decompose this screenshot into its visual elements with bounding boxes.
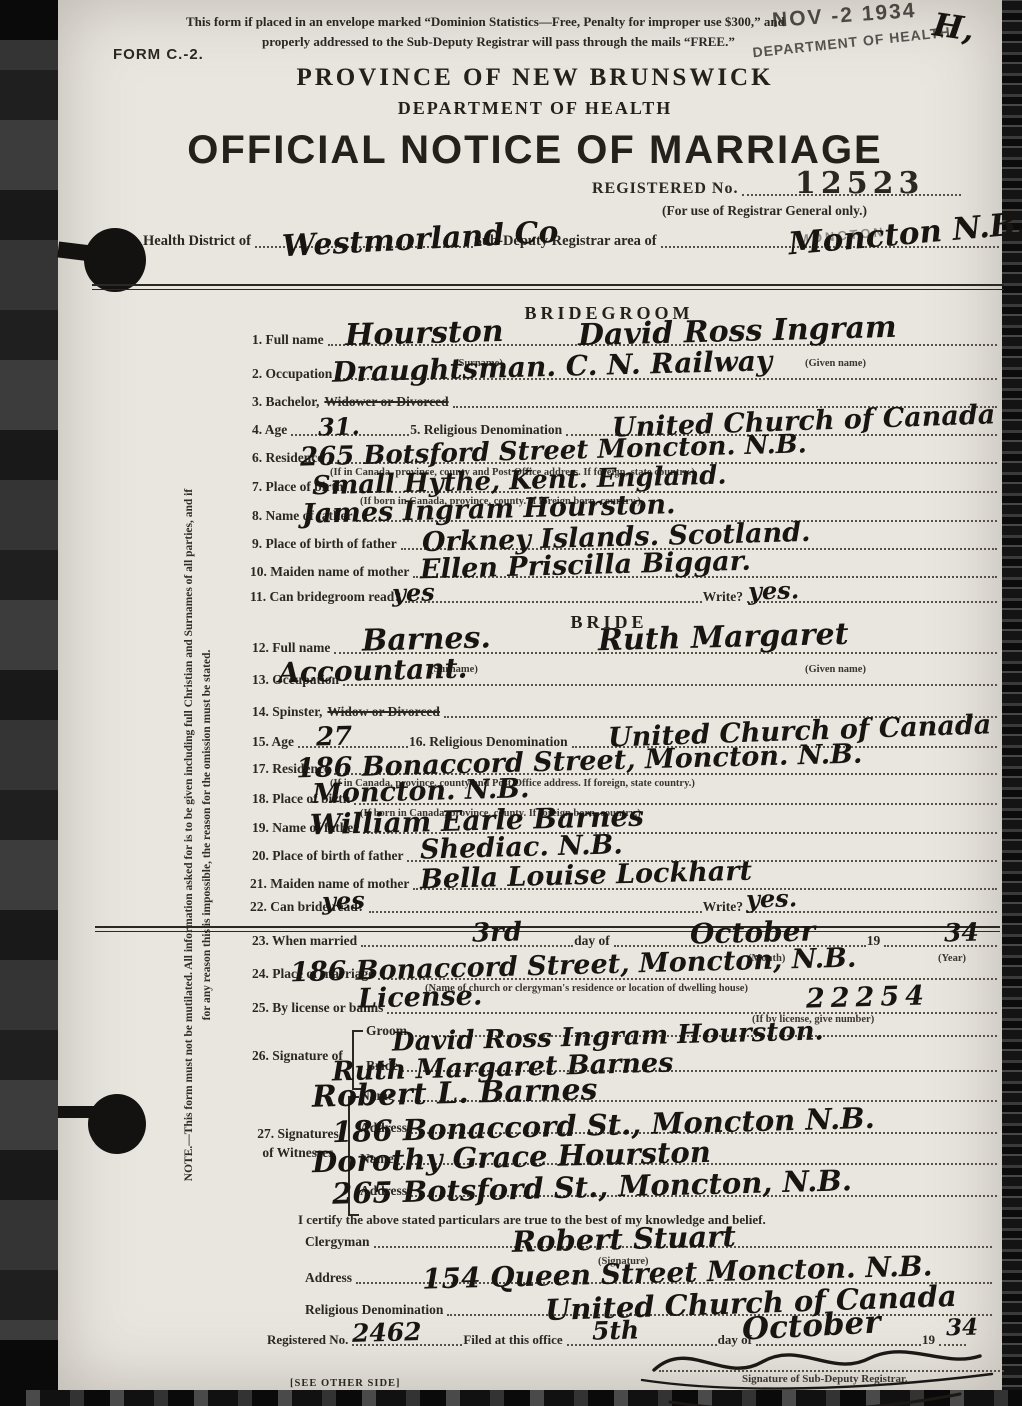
filing-registered-no-value: 2462 (352, 1317, 422, 1348)
bride-can-write-value: yes. (746, 883, 798, 913)
groom-age-value: 31. (318, 411, 361, 441)
sub-deputy-signature-caption: Signature of Sub-Deputy Registrar. (742, 1373, 908, 1385)
scan-edge-left (0, 0, 58, 1406)
groom-occupation-label: 2. Occupation (252, 366, 332, 383)
clergyman-denomination-label: Religious Denomination (305, 1302, 443, 1319)
bride-age-value: 27 (316, 722, 353, 753)
mailing-note-line1: This form if placed in an envelope marke… (186, 14, 785, 30)
department-heading: DEPARTMENT OF HEALTH (60, 98, 1010, 119)
groom-mother-label: 10. Maiden name of mother (250, 564, 409, 581)
couple-signature-label: 26. Signature of (252, 1048, 343, 1064)
when-married-year-line (884, 943, 997, 947)
form-number: FORM C.-2. (113, 46, 204, 63)
clergyman-label: Clergyman (305, 1234, 370, 1251)
bride-can-read-value: yes (322, 885, 365, 915)
margin-annotation: H, (931, 5, 977, 48)
registered-no-label: REGISTERED No. (592, 180, 738, 199)
registered-no-stamp: 12523 (795, 166, 924, 201)
bride-can-read-line (369, 909, 702, 913)
bride-father-birthplace-label: 20. Place of birth of father (252, 848, 403, 865)
groom-status-struck-options: Widower or Divorced (324, 394, 448, 411)
bride-status-struck-options: Widow or Divorced (327, 704, 440, 721)
province-heading: PROVINCE OF NEW BRUNSWICK (60, 64, 1010, 92)
see-other-side-note: [SEE OTHER SIDE] (290, 1378, 401, 1389)
bride-age-line (298, 744, 408, 748)
filing-registered-no-label: Registered No. (267, 1332, 348, 1349)
mailing-note-line2: properly addressed to the Sub-Deputy Reg… (262, 34, 735, 50)
marriage-year-value: 34 (944, 918, 980, 948)
marriage-section-divider (95, 926, 1000, 932)
groom-can-write-value: yes. (748, 575, 800, 605)
license-value: License. (358, 980, 483, 1014)
groom-can-read-value: yes (392, 577, 435, 607)
groom-father-birthplace-label: 9. Place of birth of father (252, 536, 397, 553)
groom-age-label: 4. Age (252, 422, 287, 439)
hole-punch-bottom (88, 1094, 146, 1154)
clergyman-address-label: Address (305, 1270, 352, 1287)
bride-status-label: 14. Spinster, (252, 704, 322, 721)
license-number-value: 22254 (806, 980, 931, 1014)
bride-given-name-value: Ruth Margaret (598, 617, 849, 659)
groom-surname-value: Hourston (345, 314, 504, 353)
when-married-label: 23. When married (252, 933, 357, 950)
marriage-day-value: 3rd (472, 917, 523, 948)
groom-status-label: 3. Bachelor, (252, 394, 319, 411)
groom-full-name-label: 1. Full name (252, 332, 324, 349)
when-married-day-line (361, 943, 573, 947)
bride-age-label: 15. Age (252, 734, 294, 751)
sub-deputy-signature-line (659, 1368, 1004, 1372)
year-prefix: 19 (867, 933, 881, 950)
health-district-label: Health District of (143, 233, 251, 251)
groom-can-read-label: 11. Can bridegroom read? (250, 589, 401, 606)
groom-can-write-label: Write? (703, 589, 743, 606)
clergyman-signature-value: Robert Stuart (512, 1219, 737, 1259)
bride-can-write-label: Write? (703, 899, 743, 916)
filed-at-office-label: Filed at this office (463, 1332, 562, 1349)
hole-punch-bottom-stem (58, 1106, 94, 1118)
day-of-label: day of (574, 933, 610, 950)
registrar-general-note: (For use of Registrar General only.) (662, 203, 867, 219)
header-divider (92, 284, 1004, 290)
filing-day-value: 5th (592, 1315, 640, 1345)
year-caption: (Year) (938, 953, 966, 964)
bride-occupation-value: Accountant. (278, 652, 468, 690)
groom-can-read-line (405, 599, 702, 603)
mutilation-note: NOTE.—This form must not be mutilated. A… (181, 482, 217, 1188)
